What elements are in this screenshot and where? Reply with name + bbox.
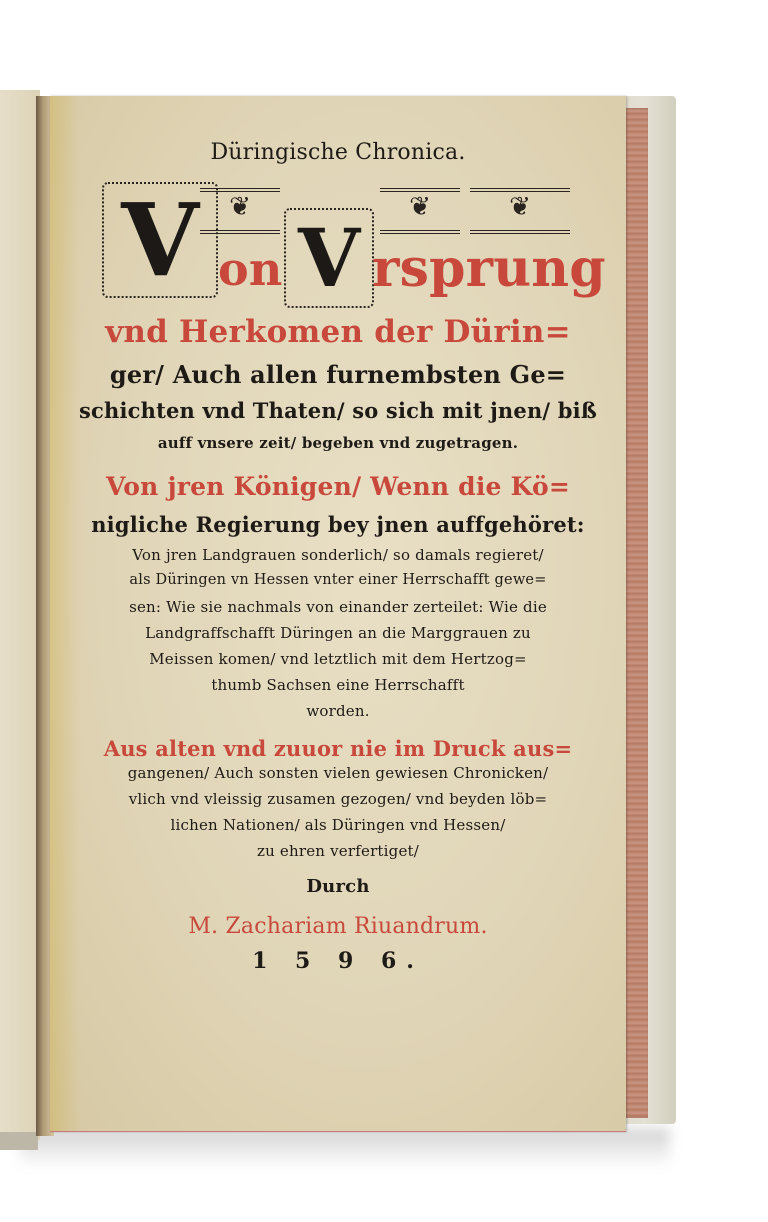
running-title: Düringische Chronica. — [50, 140, 626, 165]
subtitle-line-3: Von jren Landgrauen sonderlich/ so damal… — [50, 546, 626, 564]
title-word-ursprung-rest: rsprung — [372, 238, 606, 299]
front-cover-board — [0, 90, 40, 1140]
subtitle-line-6: Landgraffschafft Düringen an die Marggra… — [50, 624, 626, 642]
front-cover-lower-edge — [0, 1132, 38, 1150]
subtitle-line-2: nigliche Regierung bey jnen auffgehöret: — [50, 512, 626, 537]
source-line-4: lichen Nationen/ als Düringen vnd Hessen… — [50, 816, 626, 834]
subtitle-line-5: sen: Wie sie nachmals von einander zerte… — [50, 598, 626, 616]
title-line-3: schichten vnd Thaten/ so sich mit jnen/ … — [50, 398, 626, 423]
subtitle-line-7: Meissen komen/ vnd letztlich mit dem Her… — [50, 650, 626, 668]
decorated-initial-v-2: V — [284, 208, 374, 308]
subtitle-line-9: worden. — [50, 702, 626, 720]
title-line-2: ger/ Auch allen furnembsten Ge= — [50, 360, 626, 389]
book-shadow — [20, 1128, 670, 1168]
subtitle-line-8: thumb Sachsen eine Herrschafft — [50, 676, 626, 694]
title-line-4: auff vnsere zeit/ begeben vnd zugetragen… — [50, 434, 626, 452]
by-line: Durch — [50, 876, 626, 897]
ornament-scroll-3: ❦ — [470, 188, 570, 234]
source-line-3: vlich vnd vleissig zusamen gezogen/ vnd … — [50, 790, 626, 808]
title-page: Düringische Chronica. ❦ ❦ ❦ V on V rspru… — [50, 96, 626, 1132]
publication-year: 1 5 9 6. — [50, 948, 626, 974]
decorated-initial-v: V — [102, 182, 218, 298]
author-name: M. Zachariam Riuandrum. — [50, 914, 626, 939]
subtitle-line-4: als Düringen vn Hessen vnter einer Herrs… — [50, 572, 626, 588]
ornament-scroll-2: ❦ — [380, 188, 460, 234]
source-line-2: gangenen/ Auch sonsten vielen gewiesen C… — [50, 764, 626, 782]
title-line-1: vnd Herkomen der Dürin= — [50, 314, 626, 350]
source-line-1: Aus alten vnd zuuor nie im Druck aus= — [50, 736, 626, 761]
source-line-5: zu ehren verfertiget/ — [50, 842, 626, 860]
title-word-von-rest: on — [218, 242, 283, 296]
subtitle-line-1: Von jren Königen/ Wenn die Kö= — [50, 472, 626, 501]
